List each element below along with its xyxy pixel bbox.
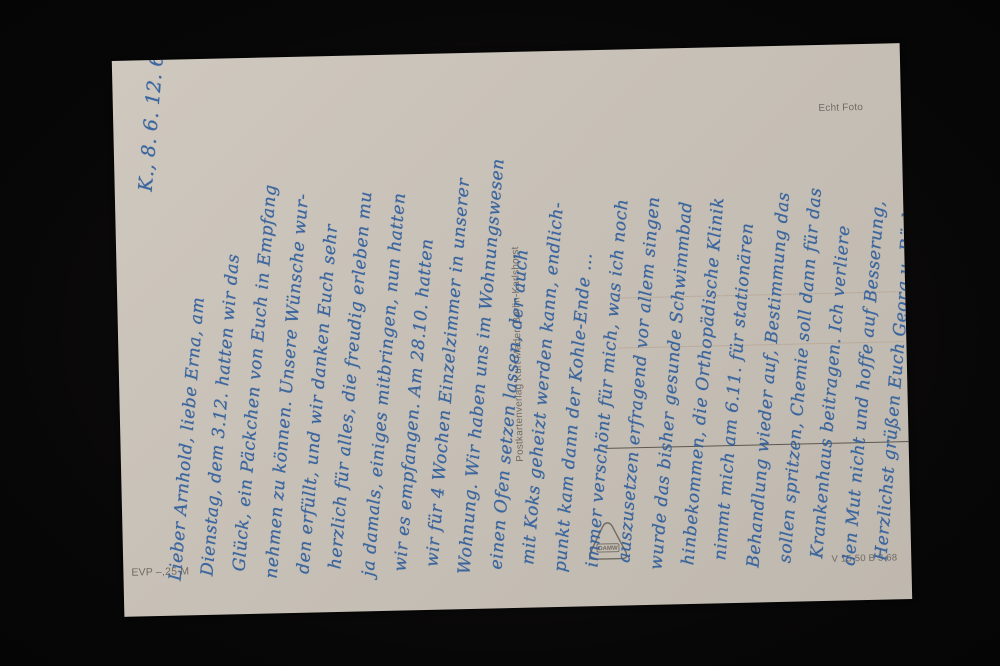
photo-scene: Echt Foto EVP –,25 M V 15 50 B 3 68 Post… [0, 0, 1000, 666]
handwritten-date: K., 8. 6. 12. 68. [135, 43, 170, 192]
postcard-back: Echt Foto EVP –,25 M V 15 50 B 3 68 Post… [112, 43, 912, 617]
handwritten-message: K., 8. 6. 12. 68. Lieber Arnhold, liebe … [112, 43, 912, 617]
